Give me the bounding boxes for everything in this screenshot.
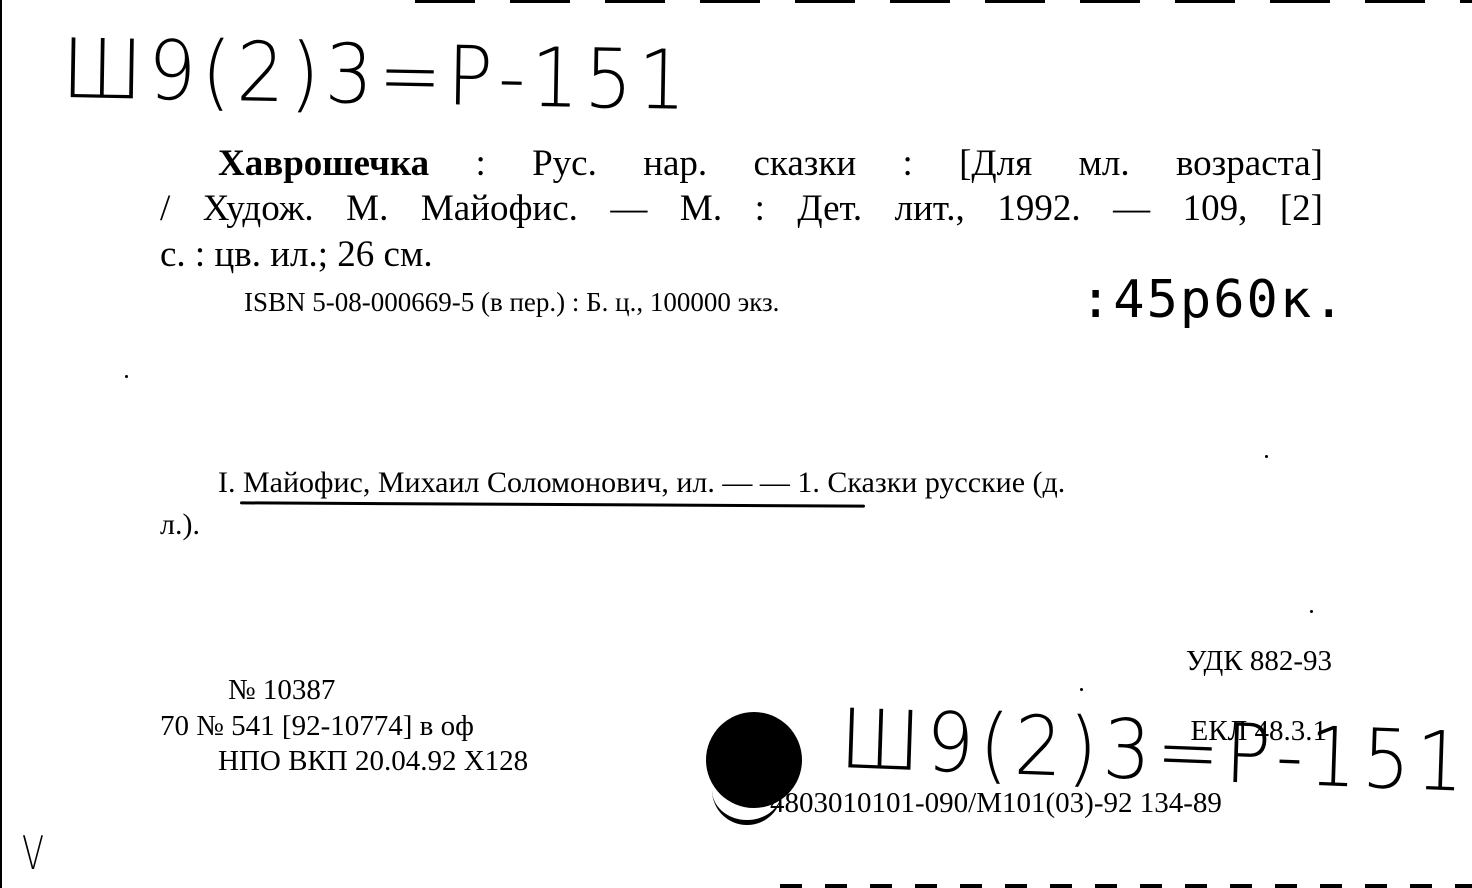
tracing-line-2: л.). — [160, 508, 200, 542]
speck — [1080, 688, 1083, 691]
isbn-line: ISBN 5-08-000669-5 (в пер.) : Б. ц., 100… — [244, 289, 779, 316]
tracing-underline — [240, 501, 865, 507]
card-number: № 10387 — [228, 674, 335, 707]
order-number: 70 № 541 [92-10774] в оф — [160, 710, 474, 743]
tracing-line-1: I. Майофис, Михаил Соломонович, ил. — — … — [218, 466, 1065, 500]
description-line-3: с. : цв. ил.; 26 см. — [160, 236, 433, 273]
speck — [125, 375, 128, 378]
card-edge — [0, 0, 2, 888]
title-info: : Рус. нар. сказки : [Для мл. возраста] — [429, 143, 1323, 184]
catalog-card: Ш9(2)3=Р-151 Хаврошечка : Рус. нар. сказ… — [0, 0, 1472, 888]
udk-code: УДК 882-93 — [1186, 645, 1332, 678]
speck — [1265, 455, 1268, 458]
top-border — [415, 0, 1472, 3]
bottom-border — [780, 884, 1472, 888]
check-mark: V — [22, 826, 44, 880]
speck — [1310, 610, 1313, 613]
book-title: Хаврошечка — [218, 143, 429, 184]
description-line-2: / Худож. М. Майофис. — М. : Дет. лит., 1… — [160, 190, 1323, 227]
price-handwritten: :45р60к. — [1080, 270, 1346, 330]
shelf-mark-top: Ш9(2)3=Р-151 — [61, 22, 692, 129]
description-line-1: Хаврошечка : Рус. нар. сказки : [Для мл.… — [218, 145, 1323, 182]
producer-line: НПО ВКП 20.04.92 Х128 — [218, 745, 528, 778]
